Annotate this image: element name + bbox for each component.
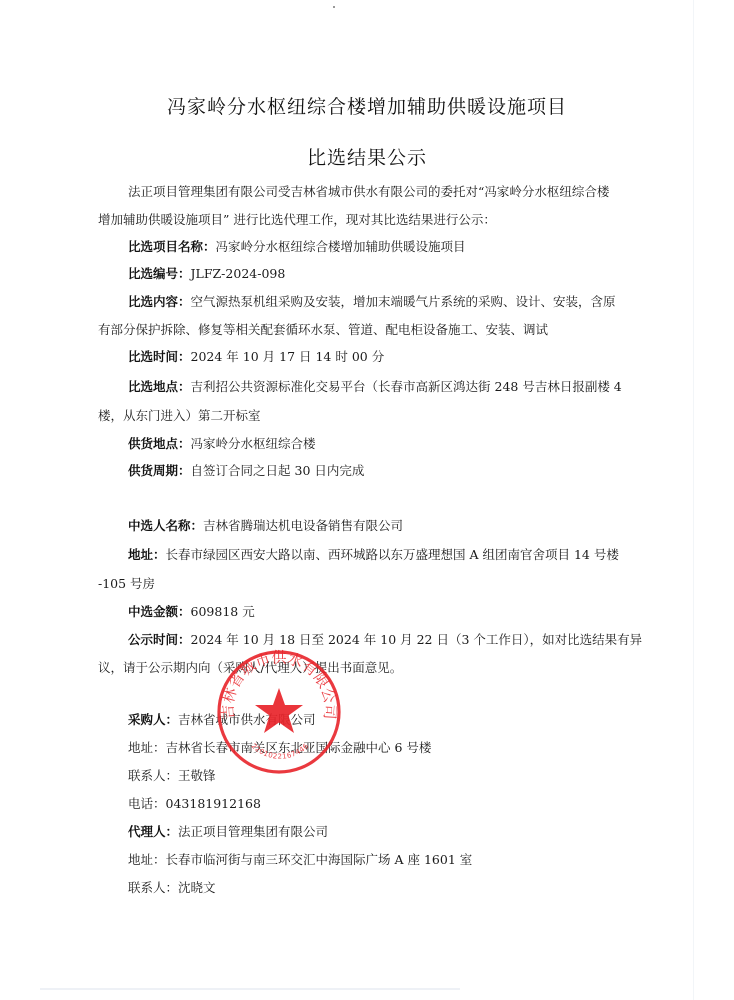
- field-label: 地址：: [128, 547, 166, 562]
- field-label: 比选编号：: [128, 266, 191, 281]
- field-value: 长春市临河街与南三环交汇中海国际广场 A 座 1601 室: [166, 852, 473, 867]
- field-value: 2024 年 10 月 18 日至 2024 年 10 月 22 日（3 个工作…: [191, 632, 643, 647]
- intro-text-cont: 增加辅助供暖设施项目” 进行比选代理工作，现对其比选结果进行公示：: [98, 210, 496, 228]
- field-label: 比选地点：: [128, 379, 191, 394]
- field-label: 联系人：: [128, 768, 178, 783]
- scan-speck: [333, 6, 335, 8]
- field-value: 吉林省腾瑞达机电设备销售有限公司: [203, 518, 403, 533]
- field-label: 供货周期：: [128, 463, 191, 478]
- field-value: JLFZ-2024-098: [191, 266, 286, 281]
- field-label: 比选时间：: [128, 349, 191, 364]
- field-value: 沈晓文: [178, 880, 216, 895]
- field-value: 吉林省长春市南关区东北亚国际金融中心 6 号楼: [166, 740, 432, 755]
- purchaser-phone: 电话：043181912168: [128, 794, 261, 812]
- field-label: 中选金额：: [128, 604, 191, 619]
- field-value: 长春市绿园区西安大路以南、西环城路以东万盛理想国 A 组团南官舍项目 14 号楼: [166, 547, 619, 562]
- field-delivery-period: 供货周期：自签订合同之日起 30 日内完成: [128, 461, 364, 479]
- field-label: 比选项目名称：: [128, 239, 216, 254]
- field-value: 043181912168: [166, 796, 261, 811]
- publicity-period-cont: 议，请于公示期内向（采购人/代理人）提出书面意见。: [98, 658, 402, 676]
- agent-address: 地址：长春市临河街与南三环交汇中海国际广场 A 座 1601 室: [128, 850, 472, 868]
- field-value: 冯家岭分水枢纽综合楼增加辅助供暖设施项目: [216, 239, 466, 254]
- purchaser-contact: 联系人：王敬锋: [128, 766, 216, 784]
- field-label: 代理人：: [128, 824, 178, 839]
- field-label: 采购人：: [128, 712, 178, 727]
- field-location: 比选地点：吉利招公共资源标准化交易平台（长春市高新区鸿达街 248 号吉林日报副…: [128, 377, 622, 395]
- document-page: 冯家岭分水枢纽综合楼增加辅助供暖设施项目 比选结果公示 法正项目管理集团有限公司…: [0, 0, 734, 1000]
- field-label: 中选人名称：: [128, 518, 203, 533]
- purchaser-address: 地址：吉林省长春市南关区东北亚国际金融中心 6 号楼: [128, 738, 431, 756]
- field-value: 609818 元: [191, 604, 255, 619]
- agent-contact: 联系人：沈晓文: [128, 878, 216, 896]
- field-project-no: 比选编号：JLFZ-2024-098: [128, 264, 285, 282]
- field-value: 吉利招公共资源标准化交易平台（长春市高新区鸿达街 248 号吉林日报副楼 4: [191, 379, 622, 394]
- field-value: 2024 年 10 月 17 日 14 时 00 分: [191, 349, 385, 364]
- field-location-cont: 楼，从东门进入）第二开标室: [98, 406, 261, 424]
- field-label: 比选内容：: [128, 294, 191, 309]
- field-label: 电话：: [128, 796, 166, 811]
- winner-amount: 中选金额：609818 元: [128, 602, 255, 620]
- winner-name: 中选人名称：吉林省腾瑞达机电设备销售有限公司: [128, 516, 403, 534]
- document-title: 冯家岭分水枢纽综合楼增加辅助供暖设施项目: [0, 92, 734, 119]
- field-value: 空气源热泵机组采购及安装，增加末端暖气片系统的采购、设计、安装，含原: [191, 294, 616, 309]
- field-content-cont: 有部分保护拆除、修复等相关配套循环水泵、管道、配电柜设备施工、安装、调试: [98, 320, 548, 338]
- field-project-name: 比选项目名称：冯家岭分水枢纽综合楼增加辅助供暖设施项目: [128, 237, 466, 255]
- field-label: 地址：: [128, 852, 166, 867]
- publicity-period: 公示时间：2024 年 10 月 18 日至 2024 年 10 月 22 日（…: [128, 630, 642, 648]
- field-delivery-place: 供货地点：冯家岭分水枢纽综合楼: [128, 434, 316, 452]
- field-content: 比选内容：空气源热泵机组采购及安装，增加末端暖气片系统的采购、设计、安装，含原: [128, 292, 616, 310]
- document-subtitle: 比选结果公示: [0, 143, 734, 170]
- field-value: 自签订合同之日起 30 日内完成: [191, 463, 365, 478]
- field-label: 公示时间：: [128, 632, 191, 647]
- field-value: 吉林省城市供水有限公司: [178, 712, 316, 727]
- winner-address: 地址：长春市绿园区西安大路以南、西环城路以东万盛理想国 A 组团南官舍项目 14…: [128, 545, 619, 563]
- field-time: 比选时间：2024 年 10 月 17 日 14 时 00 分: [128, 347, 384, 365]
- purchaser-name: 采购人：吉林省城市供水有限公司: [128, 710, 316, 728]
- intro-text: 法正项目管理集团有限公司受吉林省城市供水有限公司的委托对“冯家岭分水枢纽综合楼: [128, 182, 609, 200]
- field-label: 联系人：: [128, 880, 178, 895]
- winner-address-cont: -105 号房: [98, 574, 155, 592]
- field-value: 王敬锋: [178, 768, 216, 783]
- page-bottom-edge: [40, 988, 460, 990]
- agent-name: 代理人：法正项目管理集团有限公司: [128, 822, 328, 840]
- field-label: 地址：: [128, 740, 166, 755]
- field-value: 冯家岭分水枢纽综合楼: [191, 436, 316, 451]
- field-label: 供货地点：: [128, 436, 191, 451]
- field-value: 法正项目管理集团有限公司: [178, 824, 328, 839]
